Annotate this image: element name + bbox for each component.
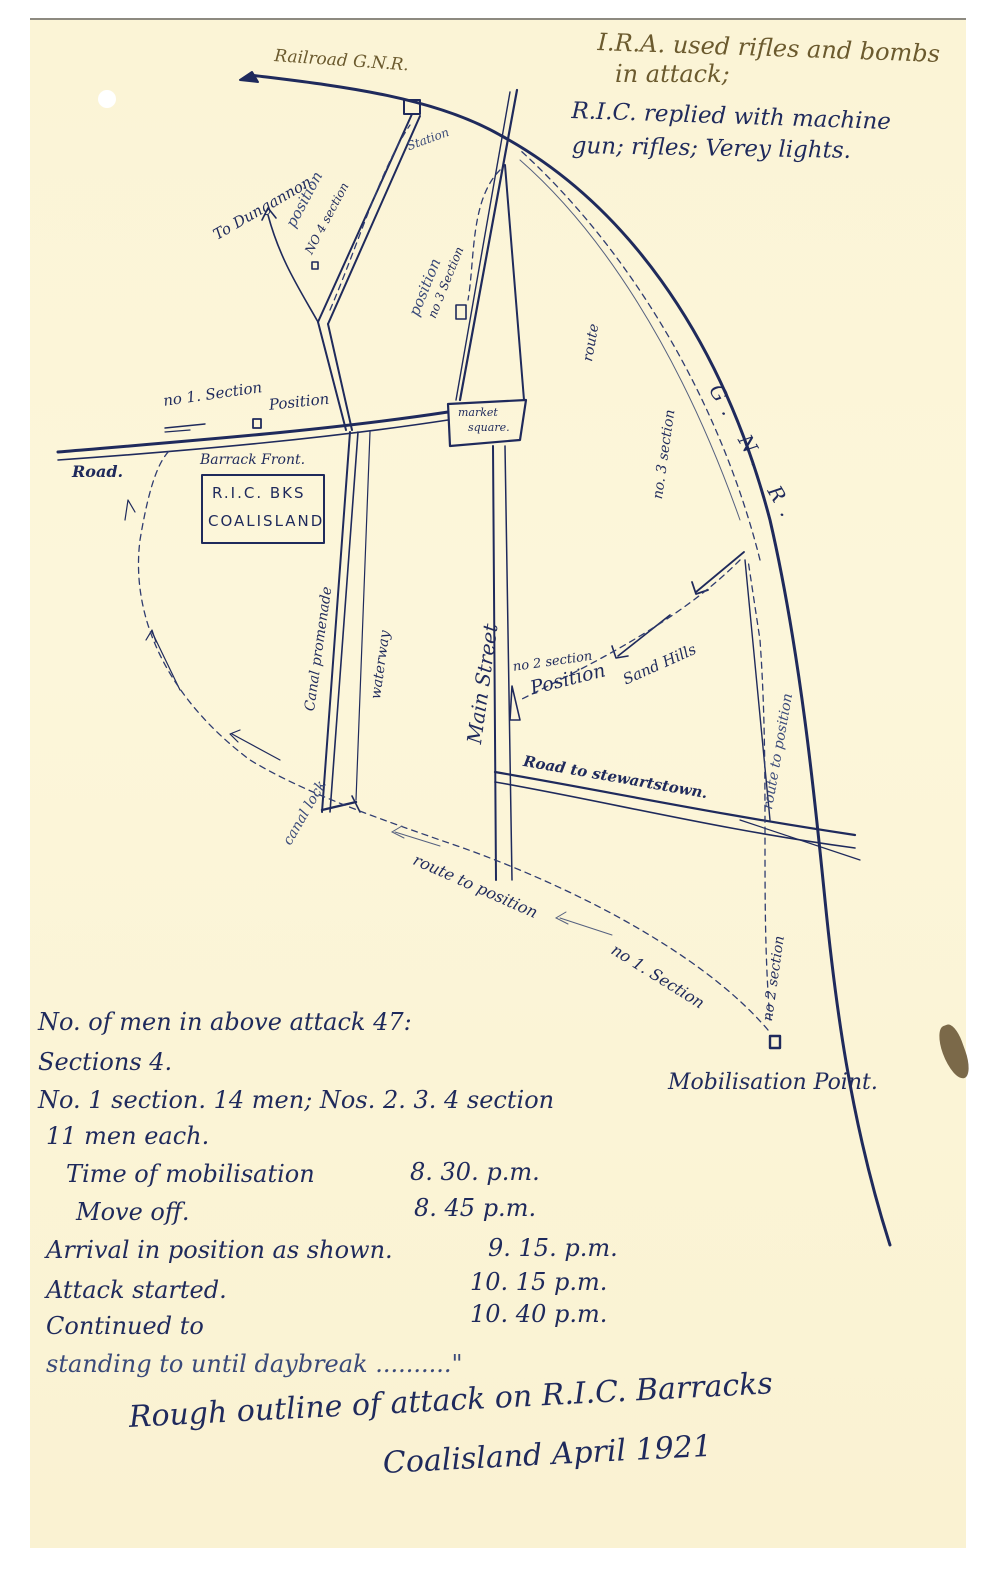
barracks-label-line2: COALISLAND	[208, 512, 324, 530]
timeline-time-4: 10. 40 p.m.	[470, 1300, 607, 1328]
timeline-label-0: Time of mobilisation	[66, 1160, 315, 1188]
label-mobilisation-point: Mobilisation Point.	[668, 1070, 878, 1095]
route-no4-section	[330, 125, 410, 310]
timeline-label-4: Continued to	[46, 1312, 204, 1340]
note-men-each: 11 men each.	[46, 1122, 209, 1150]
barracks-label-line1: R.I.C. BKS	[212, 484, 306, 502]
route-no3-section	[520, 150, 760, 560]
header-note-line4: gun; rifles; Verey lights.	[572, 133, 852, 164]
timeline-time-1: 8. 45 p.m.	[414, 1194, 536, 1222]
label-square: square.	[468, 421, 510, 434]
label-road: Road.	[72, 462, 123, 481]
timeline-label-1: Move off.	[76, 1198, 190, 1226]
timeline-label-2: Arrival in position as shown.	[46, 1236, 393, 1264]
label-barrack-front: Barrack Front.	[200, 452, 305, 468]
timeline-time-0: 8. 30. p.m.	[410, 1158, 540, 1186]
note-sections: Sections 4.	[38, 1048, 172, 1076]
timeline-time-3: 10. 15 p.m.	[470, 1268, 607, 1296]
note-standing-to: standing to until daybreak .........."	[46, 1350, 463, 1378]
header-note-line2: in attack;	[615, 60, 730, 88]
timeline-time-2: 9. 15. p.m.	[488, 1234, 618, 1262]
note-section-breakdown: No. 1 section. 14 men; Nos. 2. 3. 4 sect…	[38, 1086, 554, 1114]
timeline-label-3: Attack started.	[46, 1276, 227, 1304]
note-men-count: No. of men in above attack 47:	[38, 1008, 412, 1036]
route-no1-section	[138, 450, 768, 1030]
label-market: market	[458, 406, 498, 419]
